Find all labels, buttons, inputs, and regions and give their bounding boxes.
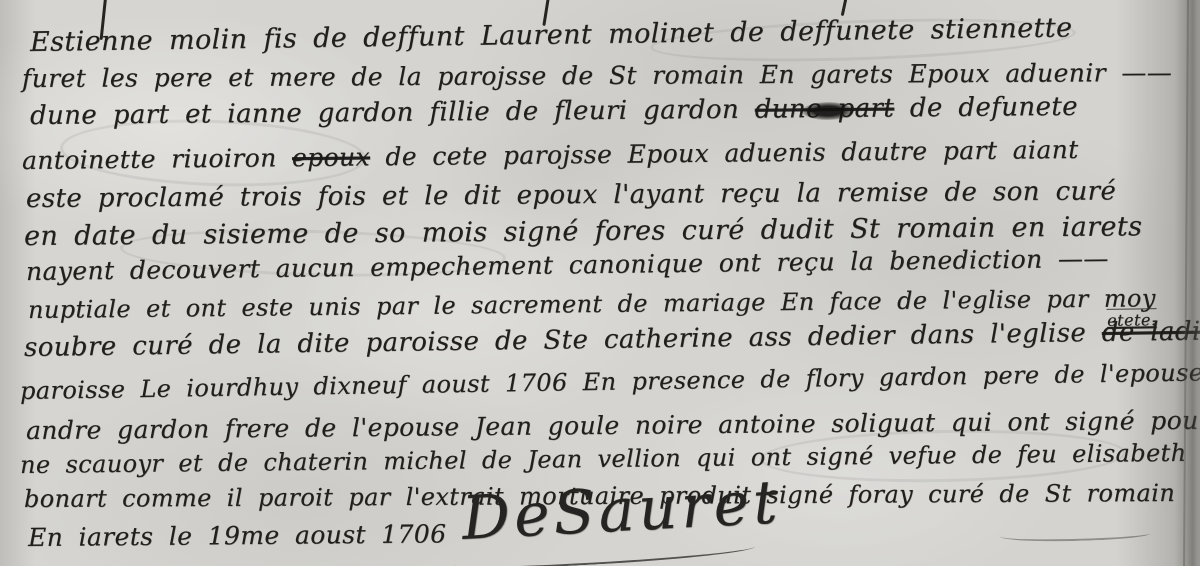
manuscript-line-5: este proclamé trois fois et le dit epoux… <box>26 176 1116 214</box>
manuscript-line-8: nuptiale et ont este unis par le sacreme… <box>28 284 1156 324</box>
line-text: antoinette riuoiron <box>22 143 292 175</box>
stray-ink-stroke <box>841 0 849 16</box>
line-text: paroisse Le iourdhuy dixneuf aoust 1706 … <box>20 358 1200 405</box>
manuscript-line-2: furet les pere et mere de la parojsse de… <box>22 58 1172 93</box>
line-text: dune part et ianne gardon fillie de fleu… <box>30 95 755 131</box>
manuscript-line-10: paroisse Le iourdhuy dixneuf aoust 1706 … <box>20 358 1200 405</box>
line-text: nuptiale et ont este unis par le sacreme… <box>28 284 1156 324</box>
struck-out-text: epoux <box>292 142 370 172</box>
signature-flourish <box>1000 526 1150 543</box>
manuscript-page: Estienne molin fis de deffunt Laurent mo… <box>0 0 1200 566</box>
manuscript-line-9: soubre curé de la dite paroisse de Ste c… <box>24 317 1157 363</box>
manuscript-line-3: dune part et ianne gardon fillie de fleu… <box>30 92 1078 131</box>
line-text: de defunete <box>894 92 1078 124</box>
date-line: En iarets le 19me aoust 1706 <box>28 519 447 552</box>
struck-out-text: dune part <box>755 93 895 124</box>
interline-insertion: etete. <box>1107 308 1157 330</box>
line-text: este proclamé trois fois et le dit epoux… <box>26 176 1116 214</box>
line-text: de cete parojsse Epoux aduenis dautre pa… <box>370 135 1079 171</box>
line-text: En iarets le 19me aoust 1706 <box>28 519 447 552</box>
line-text: soubre curé de la dite paroisse de Ste c… <box>24 318 1102 363</box>
line-text: furet les pere et mere de la parojsse de… <box>22 58 1172 93</box>
